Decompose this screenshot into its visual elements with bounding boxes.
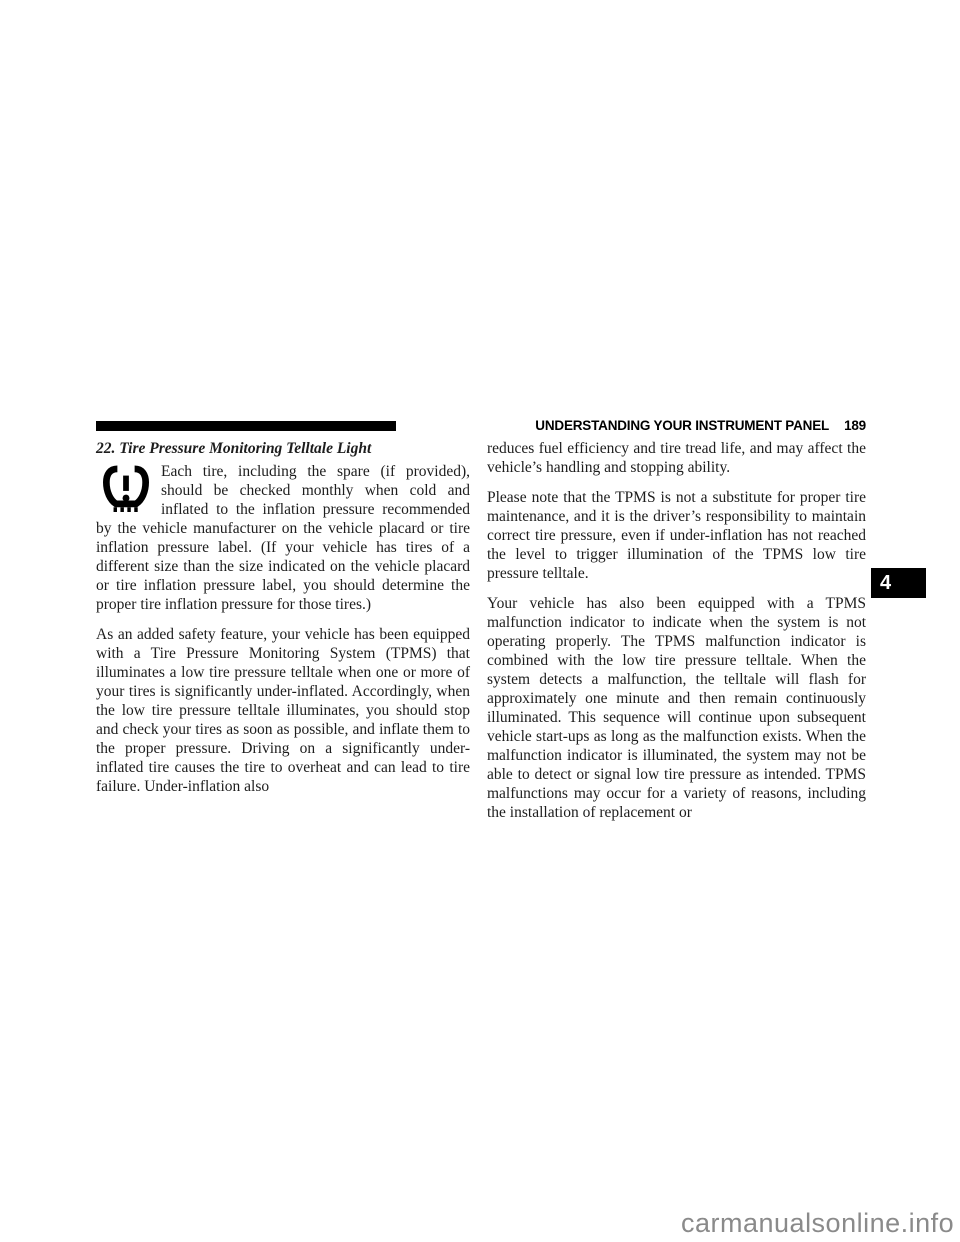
paragraph-text: Each tire, including the spare (if provi… [96, 463, 470, 613]
header-rule-bar [96, 421, 396, 431]
section-title: 22. Tire Pressure Monitoring Telltale Li… [96, 439, 470, 458]
page-number: 189 [844, 418, 866, 433]
tpms-intro-paragraph: Each tire, including the spare (if provi… [96, 462, 470, 614]
manual-page: UNDERSTANDING YOUR INSTRUMENT PANEL 189 … [0, 0, 960, 1242]
left-column: 22. Tire Pressure Monitoring Telltale Li… [96, 439, 470, 822]
tpms-safety-paragraph: As an added safety feature, your vehicle… [96, 625, 470, 796]
watermark: carmanualsonline.info [681, 1210, 954, 1237]
tpms-note-paragraph: Please note that the TPMS is not a subst… [487, 488, 866, 583]
tpms-low-tire-pressure-icon [103, 464, 149, 514]
chapter-tab-number: 4 [880, 572, 891, 595]
page-header: UNDERSTANDING YOUR INSTRUMENT PANEL 189 [96, 419, 866, 432]
right-column: reduces fuel efficiency and tire tread l… [487, 439, 866, 822]
two-column-text: 22. Tire Pressure Monitoring Telltale Li… [96, 439, 866, 822]
running-header: UNDERSTANDING YOUR INSTRUMENT PANEL 189 [396, 418, 866, 433]
header-title: UNDERSTANDING YOUR INSTRUMENT PANEL [535, 418, 829, 433]
tpms-malfunction-paragraph: Your vehicle has also been equipped with… [487, 594, 866, 822]
chapter-tab: 4 [871, 568, 926, 598]
underinflation-effects-paragraph: reduces fuel efficiency and tire tread l… [487, 439, 866, 477]
